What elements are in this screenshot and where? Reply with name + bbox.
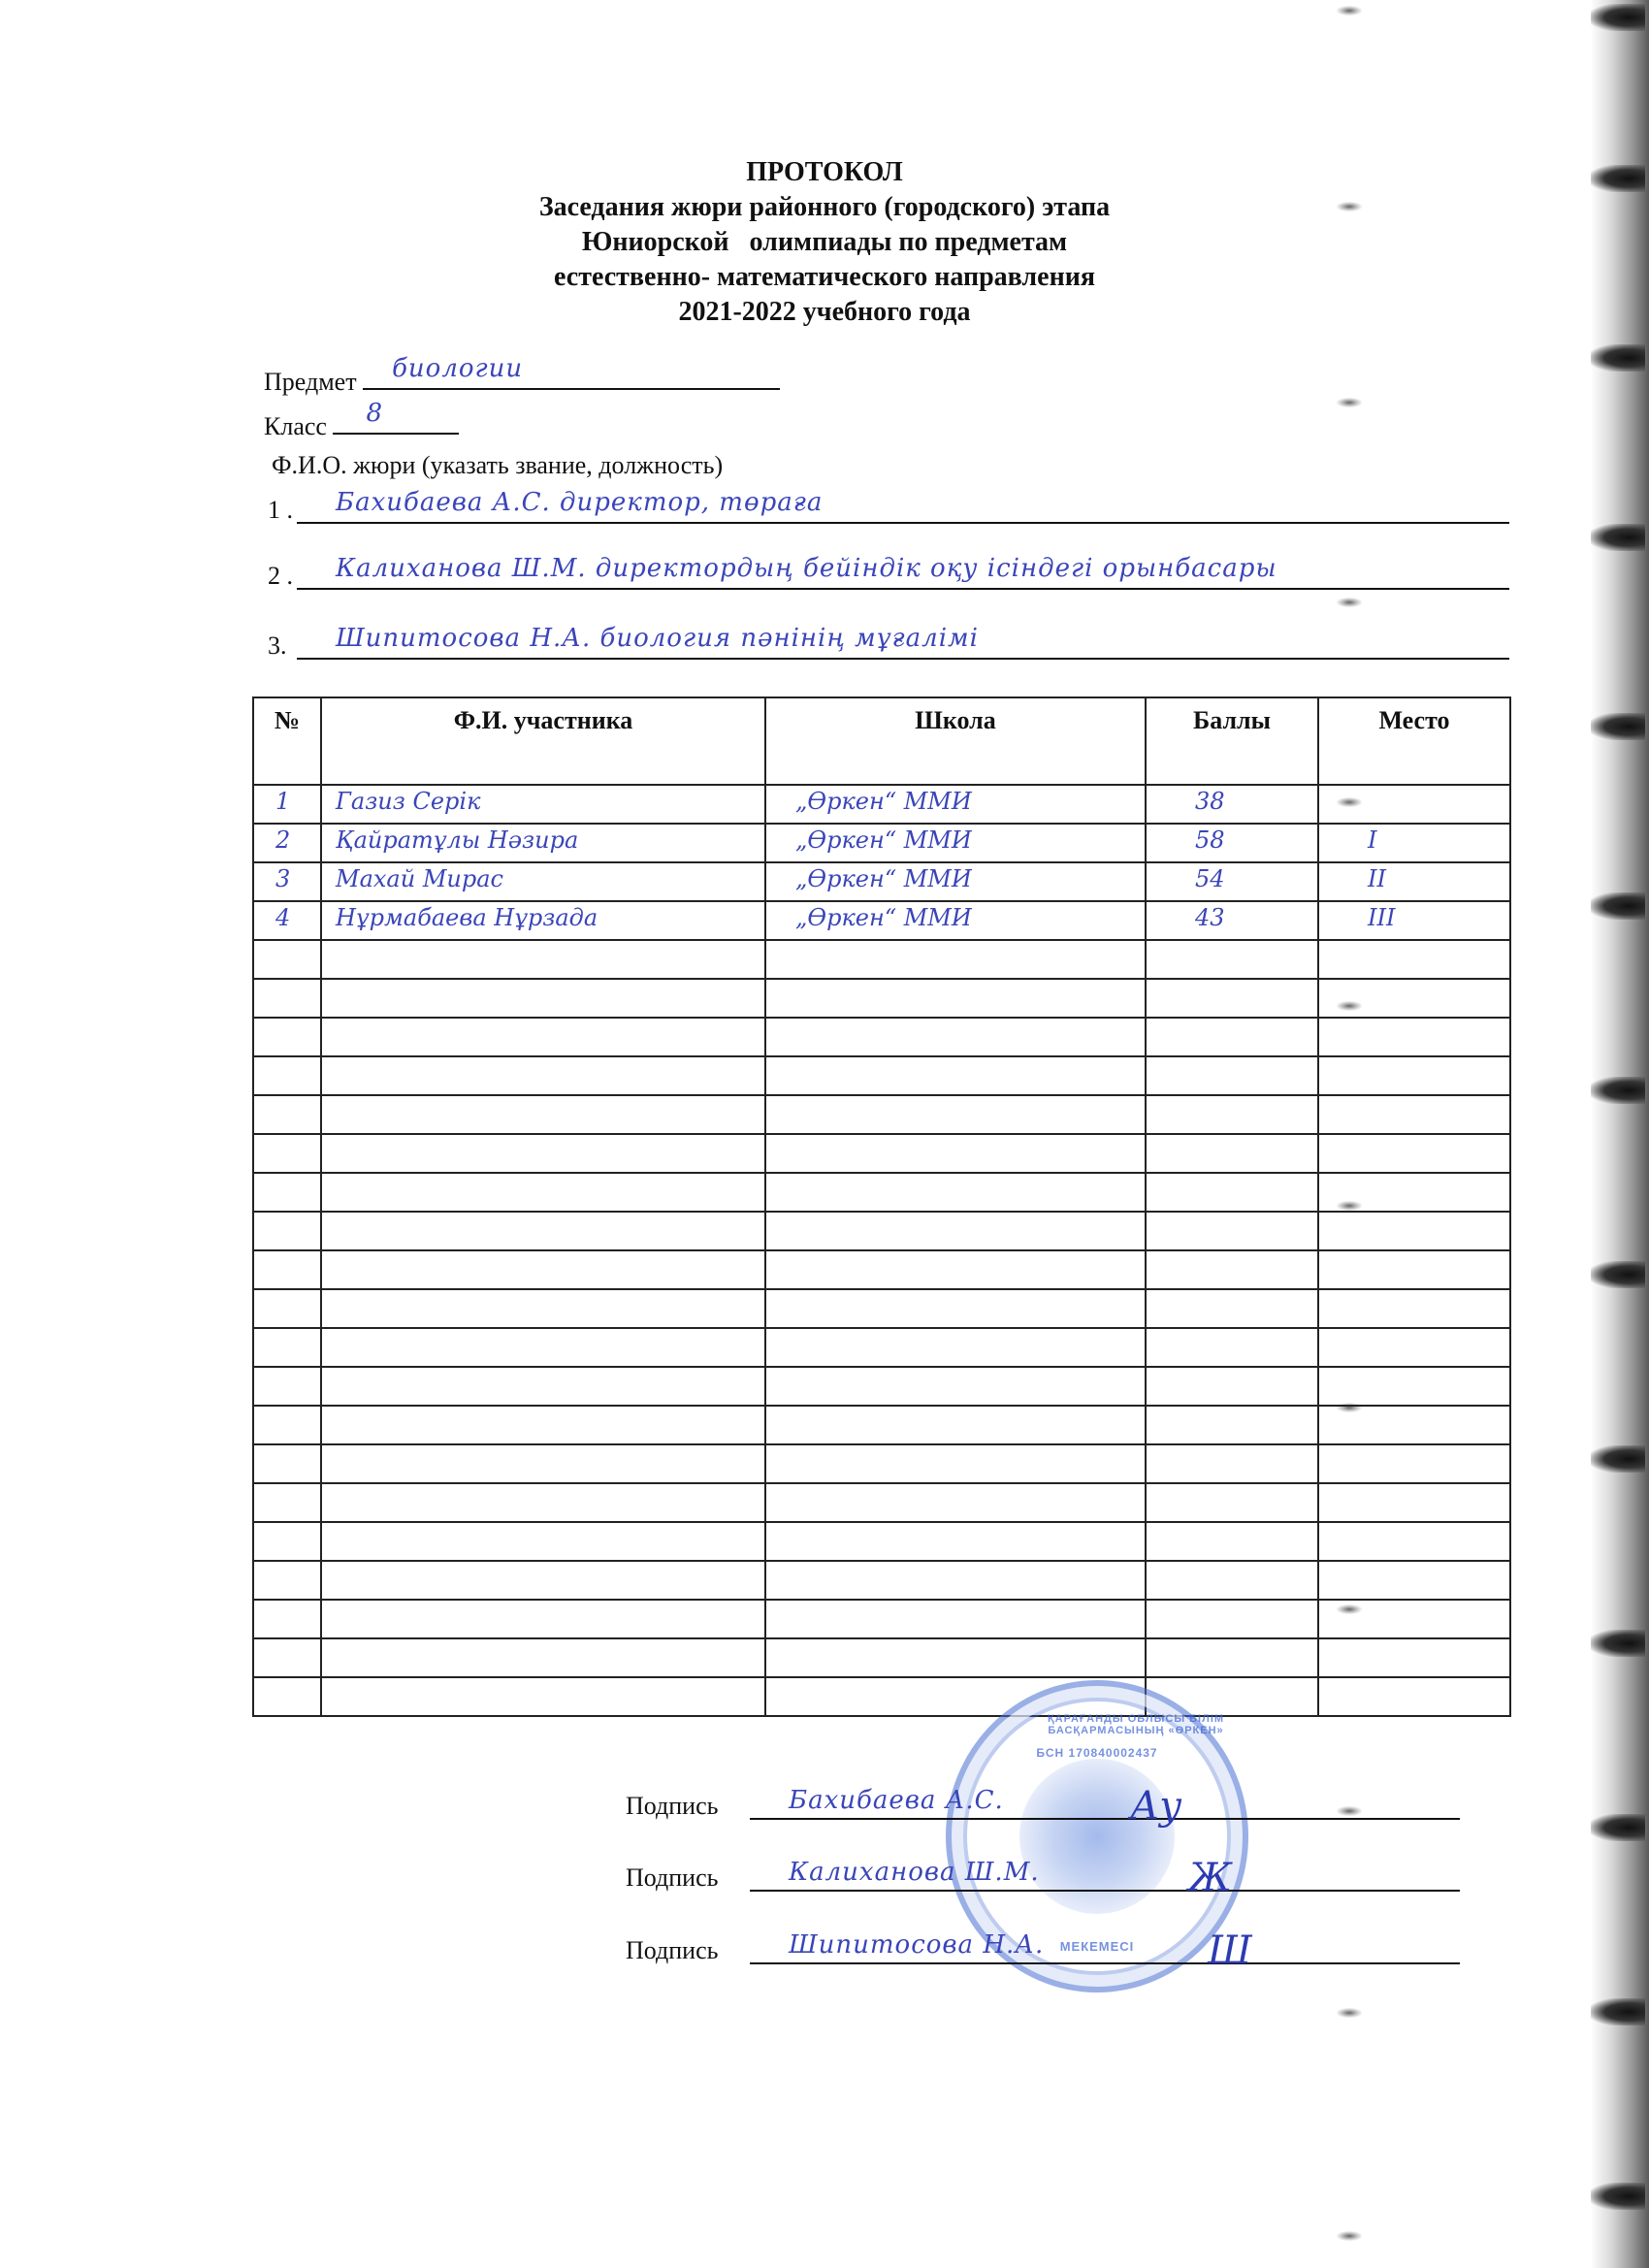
empty-cell [1318, 1522, 1510, 1561]
binding-hole [1591, 524, 1645, 551]
empty-cell [253, 1522, 321, 1561]
header-score: Баллы [1146, 697, 1318, 785]
empty-cell [1318, 1444, 1510, 1483]
table-row-empty [253, 1444, 1510, 1483]
empty-cell [321, 1561, 765, 1600]
binding-hole [1591, 344, 1645, 372]
empty-cell [1146, 1638, 1318, 1677]
class-label: Класс [264, 412, 327, 440]
jury-line-rule [297, 588, 1509, 590]
results-table: № Ф.И. участника Школа Баллы Место 1Гази… [252, 697, 1511, 1717]
cell-place: III [1318, 901, 1510, 940]
empty-cell [1318, 1483, 1510, 1522]
school-name: „Өркен“ ММИ [795, 865, 972, 892]
empty-cell [1146, 1367, 1318, 1406]
cell-score: 58 [1146, 824, 1318, 862]
empty-cell [321, 1095, 765, 1134]
cell-place: I [1318, 824, 1510, 862]
empty-cell [765, 1328, 1146, 1367]
empty-cell [1146, 1056, 1318, 1095]
binding-hole [1591, 4, 1645, 31]
empty-cell [1146, 1522, 1318, 1561]
cell-participant-name: Нұрмабаева Нұрзада [321, 901, 765, 940]
empty-cell [1146, 979, 1318, 1018]
table-row: 1Газиз Серік„Өркен“ ММИ38 [253, 785, 1510, 824]
empty-cell [765, 940, 1146, 979]
table-row-empty [253, 1638, 1510, 1677]
empty-cell [1146, 940, 1318, 979]
empty-cell [253, 1250, 321, 1289]
table-row-empty [253, 1561, 1510, 1600]
cell-school-name: „Өркен“ ММИ [765, 824, 1146, 862]
empty-cell [253, 979, 321, 1018]
empty-cell [765, 1367, 1146, 1406]
empty-cell [1318, 1406, 1510, 1444]
empty-cell [765, 1406, 1146, 1444]
empty-cell [253, 1328, 321, 1367]
cell-participant-name: Газиз Серік [321, 785, 765, 824]
cell-participant-name: Қайратұлы Нәзира [321, 824, 765, 862]
document-title: ПРОТОКОЛ [0, 155, 1649, 190]
subject-label: Предмет [264, 368, 357, 396]
table-row-empty [253, 1018, 1510, 1056]
empty-cell [1318, 1056, 1510, 1095]
empty-cell [1318, 1328, 1510, 1367]
table-row-empty [253, 1289, 1510, 1328]
empty-cell [1146, 1212, 1318, 1250]
cell-place: II [1318, 862, 1510, 901]
cell-school-name: „Өркен“ ММИ [765, 901, 1146, 940]
binding-hole [1591, 1445, 1645, 1473]
jury-number: 2 . [268, 561, 295, 592]
signature-mark: Ш [1208, 1935, 1252, 1966]
binding-hole [1591, 2183, 1645, 2210]
row-number: 3 [275, 865, 290, 892]
cell-row-number: 1 [253, 785, 321, 824]
participant-name: Махай Мирас [336, 865, 503, 892]
empty-cell [1318, 1600, 1510, 1638]
jury-value: Бахибаева А.С. директор, төраға [336, 487, 823, 518]
empty-cell [321, 1328, 765, 1367]
place: III [1368, 904, 1395, 931]
empty-cell [321, 1600, 765, 1638]
empty-cell [1318, 1212, 1510, 1250]
empty-cell [1318, 1250, 1510, 1289]
signature-row-3: Подпись Шипитосова Н.А. Ш [626, 1935, 1460, 1966]
empty-cell [253, 1406, 321, 1444]
empty-cell [1318, 940, 1510, 979]
class-value: 8 [366, 398, 383, 429]
table-row: 4Нұрмабаева Нұрзада„Өркен“ ММИ43III [253, 901, 1510, 940]
table-header-row: № Ф.И. участника Школа Баллы Место [253, 697, 1510, 785]
jury-value: Шипитосова Н.А. биология пәнінің мұғалім… [336, 623, 979, 654]
class-line: 8 [333, 407, 459, 435]
empty-cell [765, 1483, 1146, 1522]
empty-cell [321, 1677, 765, 1716]
scan-speck [1337, 2008, 1362, 2018]
empty-cell [765, 1600, 1146, 1638]
score: 38 [1195, 788, 1225, 815]
empty-cell [765, 1095, 1146, 1134]
participant-name: Қайратұлы Нәзира [336, 826, 578, 854]
signature-line [750, 1890, 1460, 1892]
empty-cell [253, 1677, 321, 1716]
table-row-empty [253, 1250, 1510, 1289]
cell-score: 43 [1146, 901, 1318, 940]
empty-cell [765, 1561, 1146, 1600]
empty-cell [765, 1250, 1146, 1289]
empty-cell [253, 1289, 321, 1328]
empty-cell [253, 1056, 321, 1095]
score: 43 [1195, 904, 1225, 931]
table-row-empty [253, 1212, 1510, 1250]
table-row-empty [253, 1677, 1510, 1716]
table-row-empty [253, 1173, 1510, 1212]
signature-row-2: Подпись Калиханова Ш.М. Ж [626, 1863, 1460, 1894]
school-name: „Өркен“ ММИ [795, 904, 972, 931]
table-row: 3Махай Мирас„Өркен“ ММИ54II [253, 862, 1510, 901]
scan-speck [1337, 2231, 1362, 2241]
binding-hole [1591, 1261, 1645, 1288]
table-row: 2Қайратұлы Нәзира„Өркен“ ММИ58I [253, 824, 1510, 862]
jury-value: Калиханова Ш.М. директордың бейіндік оқу… [336, 553, 1277, 584]
signature-line [750, 1818, 1460, 1820]
signature-label: Подпись [626, 1792, 718, 1820]
header-participant: Ф.И. участника [321, 697, 765, 785]
signature-name: Бахибаева А.С. [789, 1785, 1004, 1816]
jury-number: 3. [268, 631, 295, 662]
cell-row-number: 2 [253, 824, 321, 862]
binding-hole [1591, 1998, 1645, 2025]
empty-cell [765, 1522, 1146, 1561]
jury-member-2: 2 . Калиханова Ш.М. директордың бейіндік… [268, 561, 1509, 592]
empty-cell [253, 1600, 321, 1638]
empty-cell [253, 1212, 321, 1250]
empty-cell [321, 1367, 765, 1406]
header-number: № [253, 697, 321, 785]
empty-cell [765, 1018, 1146, 1056]
scan-binding-edge [1591, 0, 1649, 2268]
school-name: „Өркен“ ММИ [795, 788, 972, 815]
signature-label: Подпись [626, 1863, 718, 1892]
document-header: ПРОТОКОЛ Заседания жюри районного (город… [0, 155, 1649, 330]
empty-cell [321, 1173, 765, 1212]
empty-cell [321, 979, 765, 1018]
jury-line-rule [297, 522, 1509, 524]
table-row-empty [253, 1134, 1510, 1173]
empty-cell [1146, 1561, 1318, 1600]
empty-cell [321, 1289, 765, 1328]
table-row-empty [253, 1483, 1510, 1522]
scan-speck [1337, 6, 1362, 16]
signature-mark: Ау [1130, 1791, 1182, 1822]
subject-line: биологии [363, 363, 780, 390]
empty-cell [765, 1056, 1146, 1095]
empty-cell [1146, 1483, 1318, 1522]
signature-line [750, 1962, 1460, 1964]
empty-cell [1146, 1134, 1318, 1173]
empty-cell [321, 1444, 765, 1483]
table-row-empty [253, 1095, 1510, 1134]
empty-cell [765, 979, 1146, 1018]
place: II [1368, 865, 1386, 892]
binding-hole [1591, 892, 1645, 920]
cell-score: 54 [1146, 862, 1318, 901]
binding-hole [1591, 1077, 1645, 1104]
empty-cell [321, 1406, 765, 1444]
empty-cell [1146, 1444, 1318, 1483]
subtitle-line: 2021-2022 учебного года [0, 295, 1649, 330]
cell-participant-name: Махай Мирас [321, 862, 765, 901]
subtitle-line: Заседания жюри районного (городского) эт… [0, 190, 1649, 225]
cell-row-number: 3 [253, 862, 321, 901]
header-school: Школа [765, 697, 1146, 785]
empty-cell [253, 1444, 321, 1483]
empty-cell [1318, 1018, 1510, 1056]
cell-row-number: 4 [253, 901, 321, 940]
empty-cell [1146, 1173, 1318, 1212]
scan-speck [1337, 598, 1362, 607]
empty-cell [1318, 1095, 1510, 1134]
score: 58 [1195, 826, 1225, 854]
table-row-empty [253, 979, 1510, 1018]
empty-cell [765, 1444, 1146, 1483]
empty-cell [253, 1561, 321, 1600]
empty-cell [1146, 1095, 1318, 1134]
table-row-empty [253, 1056, 1510, 1095]
school-name: „Өркен“ ММИ [795, 826, 972, 854]
empty-cell [253, 1134, 321, 1173]
empty-cell [765, 1289, 1146, 1328]
jury-number: 1 . [268, 495, 295, 526]
empty-cell [321, 1522, 765, 1561]
empty-cell [765, 1173, 1146, 1212]
empty-cell [253, 1367, 321, 1406]
empty-cell [1318, 1638, 1510, 1677]
empty-cell [321, 1134, 765, 1173]
participant-name: Нұрмабаева Нұрзада [336, 904, 598, 931]
empty-cell [253, 1018, 321, 1056]
empty-cell [1146, 1328, 1318, 1367]
stamp-bin: БСН 170840002437 [952, 1746, 1243, 1760]
jury-member-1: 1 . Бахибаева А.С. директор, төраға [268, 495, 1509, 526]
signature-name: Шипитосова Н.А. [789, 1929, 1044, 1960]
signature-mark: Ж [1188, 1863, 1232, 1894]
table-row-empty [253, 940, 1510, 979]
jury-member-3: 3. Шипитосова Н.А. биология пәнінің мұға… [268, 631, 1509, 662]
cell-school-name: „Өркен“ ММИ [765, 785, 1146, 824]
row-number: 2 [275, 826, 290, 854]
class-field: Класс 8 [264, 407, 459, 442]
row-number: 1 [275, 788, 290, 815]
cell-school-name: „Өркен“ ММИ [765, 862, 1146, 901]
empty-cell [1146, 1289, 1318, 1328]
empty-cell [253, 940, 321, 979]
table-row-empty [253, 1600, 1510, 1638]
empty-cell [253, 1173, 321, 1212]
cell-place [1318, 785, 1510, 824]
empty-cell [1318, 1134, 1510, 1173]
subtitle-line: естественно- математического направления [0, 260, 1649, 295]
empty-cell [1146, 1250, 1318, 1289]
empty-cell [765, 1212, 1146, 1250]
header-place: Место [1318, 697, 1510, 785]
empty-cell [765, 1134, 1146, 1173]
binding-hole [1591, 713, 1645, 740]
empty-cell [253, 1095, 321, 1134]
empty-cell [321, 1056, 765, 1095]
binding-hole [1591, 1630, 1645, 1657]
stamp-top-text: ҚАРАҒАНДЫ ОБЛЫСЫ БІЛІМ БАСҚАРМАСЫНЫҢ «ӨР… [952, 1713, 1320, 1736]
subject-value: биологии [392, 353, 523, 384]
empty-cell [321, 940, 765, 979]
empty-cell [1318, 1367, 1510, 1406]
empty-cell [1146, 1018, 1318, 1056]
empty-cell [1318, 1561, 1510, 1600]
empty-cell [1318, 1289, 1510, 1328]
row-number: 4 [275, 904, 290, 931]
table-body: 1Газиз Серік„Өркен“ ММИ382Қайратұлы Нәзи… [253, 785, 1510, 1716]
empty-cell [1318, 979, 1510, 1018]
subtitle-line: Юниорской олимпиады по предметам [0, 225, 1649, 260]
score: 54 [1195, 865, 1225, 892]
empty-cell [253, 1638, 321, 1677]
jury-line-rule [297, 658, 1509, 660]
empty-cell [321, 1483, 765, 1522]
signature-name: Калиханова Ш.М. [789, 1857, 1040, 1888]
empty-cell [1146, 1600, 1318, 1638]
place: I [1368, 826, 1376, 854]
table-row-empty [253, 1367, 1510, 1406]
signature-label: Подпись [626, 1936, 718, 1964]
table-row-empty [253, 1406, 1510, 1444]
scan-speck [1337, 398, 1362, 407]
empty-cell [1318, 1173, 1510, 1212]
table-row-empty [253, 1522, 1510, 1561]
empty-cell [321, 1638, 765, 1677]
participant-name: Газиз Серік [336, 788, 480, 815]
empty-cell [253, 1483, 321, 1522]
cell-score: 38 [1146, 785, 1318, 824]
empty-cell [321, 1250, 765, 1289]
empty-cell [1318, 1677, 1510, 1716]
subject-field: Предмет биологии [264, 363, 780, 398]
binding-hole [1591, 1814, 1645, 1841]
table-row-empty [253, 1328, 1510, 1367]
empty-cell [321, 1212, 765, 1250]
empty-cell [321, 1018, 765, 1056]
signature-row-1: Подпись Бахибаева А.С. Ау [626, 1791, 1460, 1822]
empty-cell [1146, 1406, 1318, 1444]
empty-cell [765, 1638, 1146, 1677]
jury-label: Ф.И.О. жюри (указать звание, должность) [272, 450, 723, 481]
